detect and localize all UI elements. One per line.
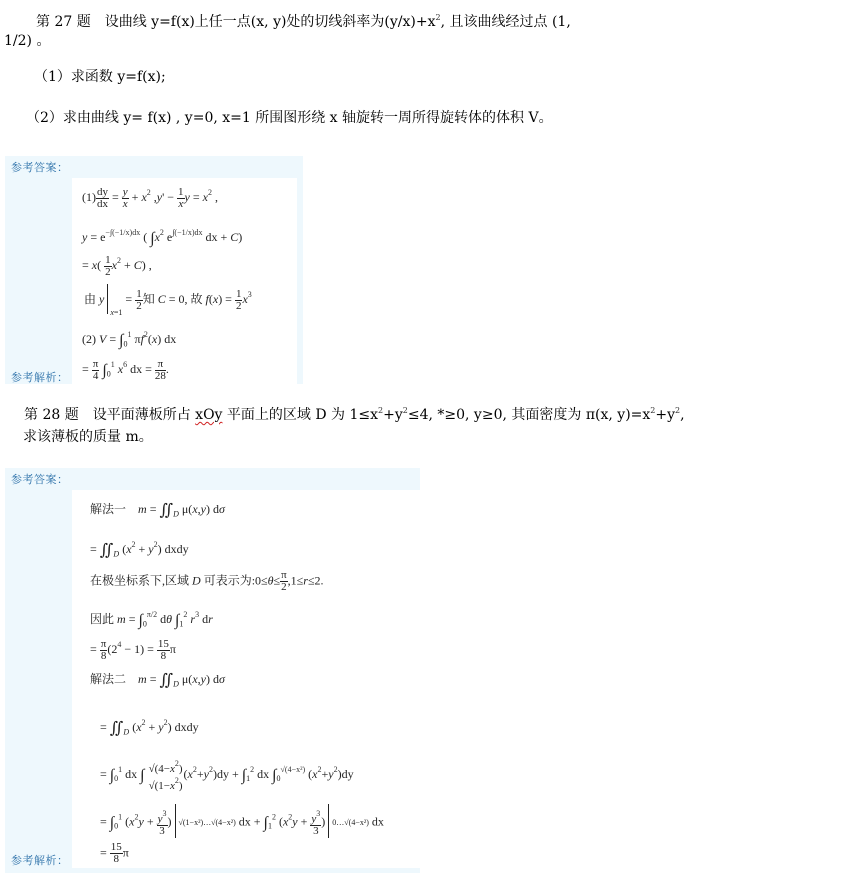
q28-solution-line-8: = ∫01 dx ∫ √(4−x2)√(1−x2)(x2+y2)dy + ∫12… <box>100 758 354 792</box>
q28-text: ≤4, *≥0, y≥0, 其面密度为 π(x, y)=x <box>408 407 650 423</box>
q27-part1: （1）求函数 y=f(x); <box>34 68 166 86</box>
q27-statement-text: 第 27 题 设曲线 y=f(x)上任一点(x, y)处的切线斜率为(y/x)+… <box>36 14 436 30</box>
q27-statement-text: , 且该曲线经过点 (1, <box>441 14 571 30</box>
q28-solution-line-2: = ∬D (x2 + y2) dxdy <box>90 538 189 561</box>
q28-statement-line2: 求该薄板的质量 m。 <box>23 428 153 446</box>
q27-statement-line2: 1/2) 。 <box>4 32 50 50</box>
q28-answer-panel: 参考答案： 参考解析： 解法一 m = ∬D μ(x,y) dσ = ∬D (x… <box>5 468 420 873</box>
q28-statement-line1: 第 28 题 设平面薄板所占 xOy 平面上的区域 D 为 1≤x2+y2≤4,… <box>24 402 685 424</box>
q27-part2: （2）求由曲线 y= f(x) , y=0, x=1 所围图形绕 x 轴旋转一周… <box>26 109 553 127</box>
q28-solution-line-5: = π8(24 − 1) = 158π <box>90 638 176 662</box>
q28-text: +y <box>383 407 403 423</box>
q28-solution-line-6: 解法二 m = ∬D μ(x,y) dσ <box>90 672 225 691</box>
q27-solution-line-2: y = e−∫(−1/x)dx ( ∫x2 e∫(−1/x)dx dx + C) <box>82 226 242 246</box>
q27-solution-line-5: (2) V = ∫01 πf2(x) dx <box>82 328 176 351</box>
q28-answer-label: 参考答案： <box>11 471 69 487</box>
q28-text: , <box>680 407 684 423</box>
q28-solution-line-9: = ∫01 (x2y + y33) √(1−x²)…√(4−x²) dx + ∫… <box>100 808 384 837</box>
q28-analysis-label: 参考解析： <box>11 852 69 868</box>
q28-solution-image: 解法一 m = ∬D μ(x,y) dσ = ∬D (x2 + y2) dxdy… <box>72 490 420 868</box>
q28-solution-line-10: = 158π <box>100 842 129 865</box>
q28-solution-line-1: 解法一 m = ∬D μ(x,y) dσ <box>90 502 225 521</box>
q28-text: 平面上的区域 D 为 1≤x <box>222 407 378 423</box>
q27-solution-line-6: = π4 ∫01 x6 dx = π28. <box>82 358 169 382</box>
q27-statement-line1: 第 27 题 设曲线 y=f(x)上任一点(x, y)处的切线斜率为(y/x)+… <box>36 9 571 31</box>
q27-solution-line-3: = x( 12x2 + C) , <box>82 254 152 278</box>
q27-solution-line-4: 由 y x=1 = 12知 C = 0, 故 f(x) = 12x3 <box>84 288 252 320</box>
q27-answer-panel: 参考答案： 参考解析： (1)dydx = yx + x2 ,y' − 1xy … <box>5 156 303 384</box>
q28-text: 第 28 题 设平面薄板所占 <box>24 407 195 423</box>
q28-text: +y <box>655 407 675 423</box>
q27-solution-line-1: (1)dydx = yx + x2 ,y' − 1xy = x2 , <box>82 186 218 210</box>
q28-solution-line-4: 因此 m = ∫0π/2 dθ ∫12 r3 dr <box>90 608 213 631</box>
q27-answer-label: 参考答案： <box>11 159 69 175</box>
spellcheck-flagged-word: xOy <box>195 407 222 423</box>
q27-solution-image: (1)dydx = yx + x2 ,y' − 1xy = x2 , y = e… <box>72 178 297 384</box>
q28-solution-line-3: 在极坐标系下,区域 D 可表示为:0≤θ≤π2,1≤r≤2. <box>90 570 324 593</box>
q28-solution-line-7: = ∬D (x2 + y2) dxdy <box>100 716 199 739</box>
q27-analysis-label: 参考解析： <box>11 369 69 385</box>
